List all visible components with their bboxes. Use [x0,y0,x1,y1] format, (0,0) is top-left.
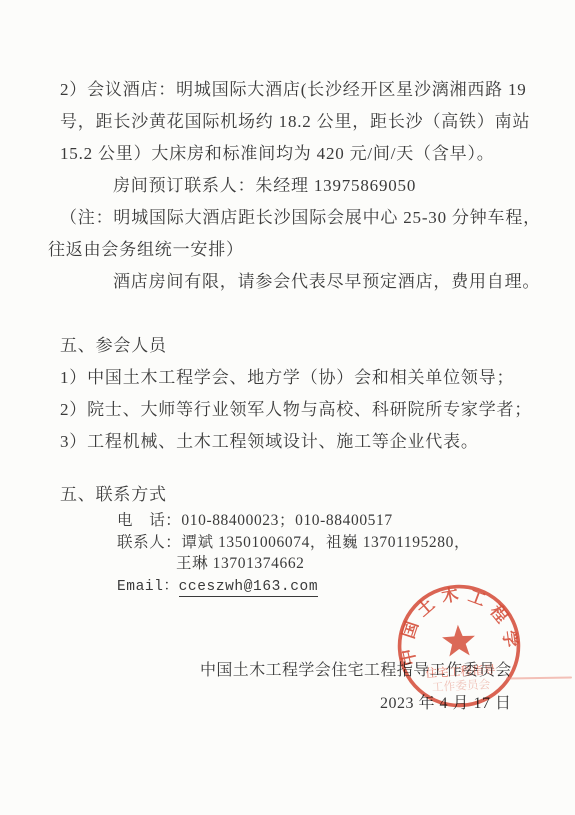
phone-line: 电 话：010-88400023；010-88400517 [60,510,528,532]
hotel-note-line: 往返由会务组统一安排） [48,234,528,266]
participants-item: 3）工程机械、土木工程领域设计、施工等企业代表。 [60,426,528,458]
hotel-note-line: （注：明城国际大酒店距长沙国际会展中心 25-30 分钟车程， [60,202,528,234]
participants-item: 1）中国土木工程学会、地方学（协）会和相关单位领导； [60,362,528,394]
participants-section-title: 五、参会人员 [60,330,528,362]
scanned-document-page: 2）会议酒店：明城国际大酒店(长沙经开区星沙漓湘西路 19 号，距长沙黄花国际机… [0,0,575,815]
contact-section-title: 五、联系方式 [60,480,528,510]
contact-persons-line: 王琳 13701374662 [60,553,528,575]
signature-date: 2023 年 4 月 17 日 [380,687,528,720]
email-line: Email：cceszwh@163.com [60,575,528,599]
document-body: 2）会议酒店：明城国际大酒店(长沙经开区星沙漓湘西路 19 号，距长沙黄花国际机… [60,74,528,720]
contact-section: 五、联系方式 电 话：010-88400023；010-88400517 联系人… [60,480,528,598]
signature-organization: 中国土木工程学会住宅工程指导工作委员会 [200,654,528,687]
hotel-section: 2）会议酒店：明城国际大酒店(长沙经开区星沙漓湘西路 19 号，距长沙黄花国际机… [60,74,528,298]
hotel-tip-line: 酒店房间有限，请参会代表尽早预定酒店，费用自理。 [60,266,528,298]
hotel-paragraph-line: 号，距长沙黄花国际机场约 18.2 公里，距长沙（高铁）南站 [60,106,528,138]
seal-ink-smear [506,676,572,679]
signature-block: 中国土木工程学会住宅工程指导工作委员会 2023 年 4 月 17 日 [60,654,528,720]
participants-item: 2）院士、大师等行业领军人物与高校、科研院所专家学者； [60,394,528,426]
contact-persons-line: 联系人：谭斌 13501006074，祖巍 13701195280， [60,532,528,554]
email-label: Email： [117,579,179,595]
hotel-paragraph-line: 2）会议酒店：明城国际大酒店(长沙经开区星沙漓湘西路 19 [60,74,528,106]
participants-section: 五、参会人员 1）中国土木工程学会、地方学（协）会和相关单位领导； 2）院士、大… [60,330,528,458]
email-address: cceszwh@163.com [179,579,319,597]
booking-contact-line: 房间预订联系人：朱经理 13975869050 [60,170,528,202]
hotel-paragraph-line: 15.2 公里）大床房和标准间均为 420 元/间/天（含早）。 [60,138,528,170]
